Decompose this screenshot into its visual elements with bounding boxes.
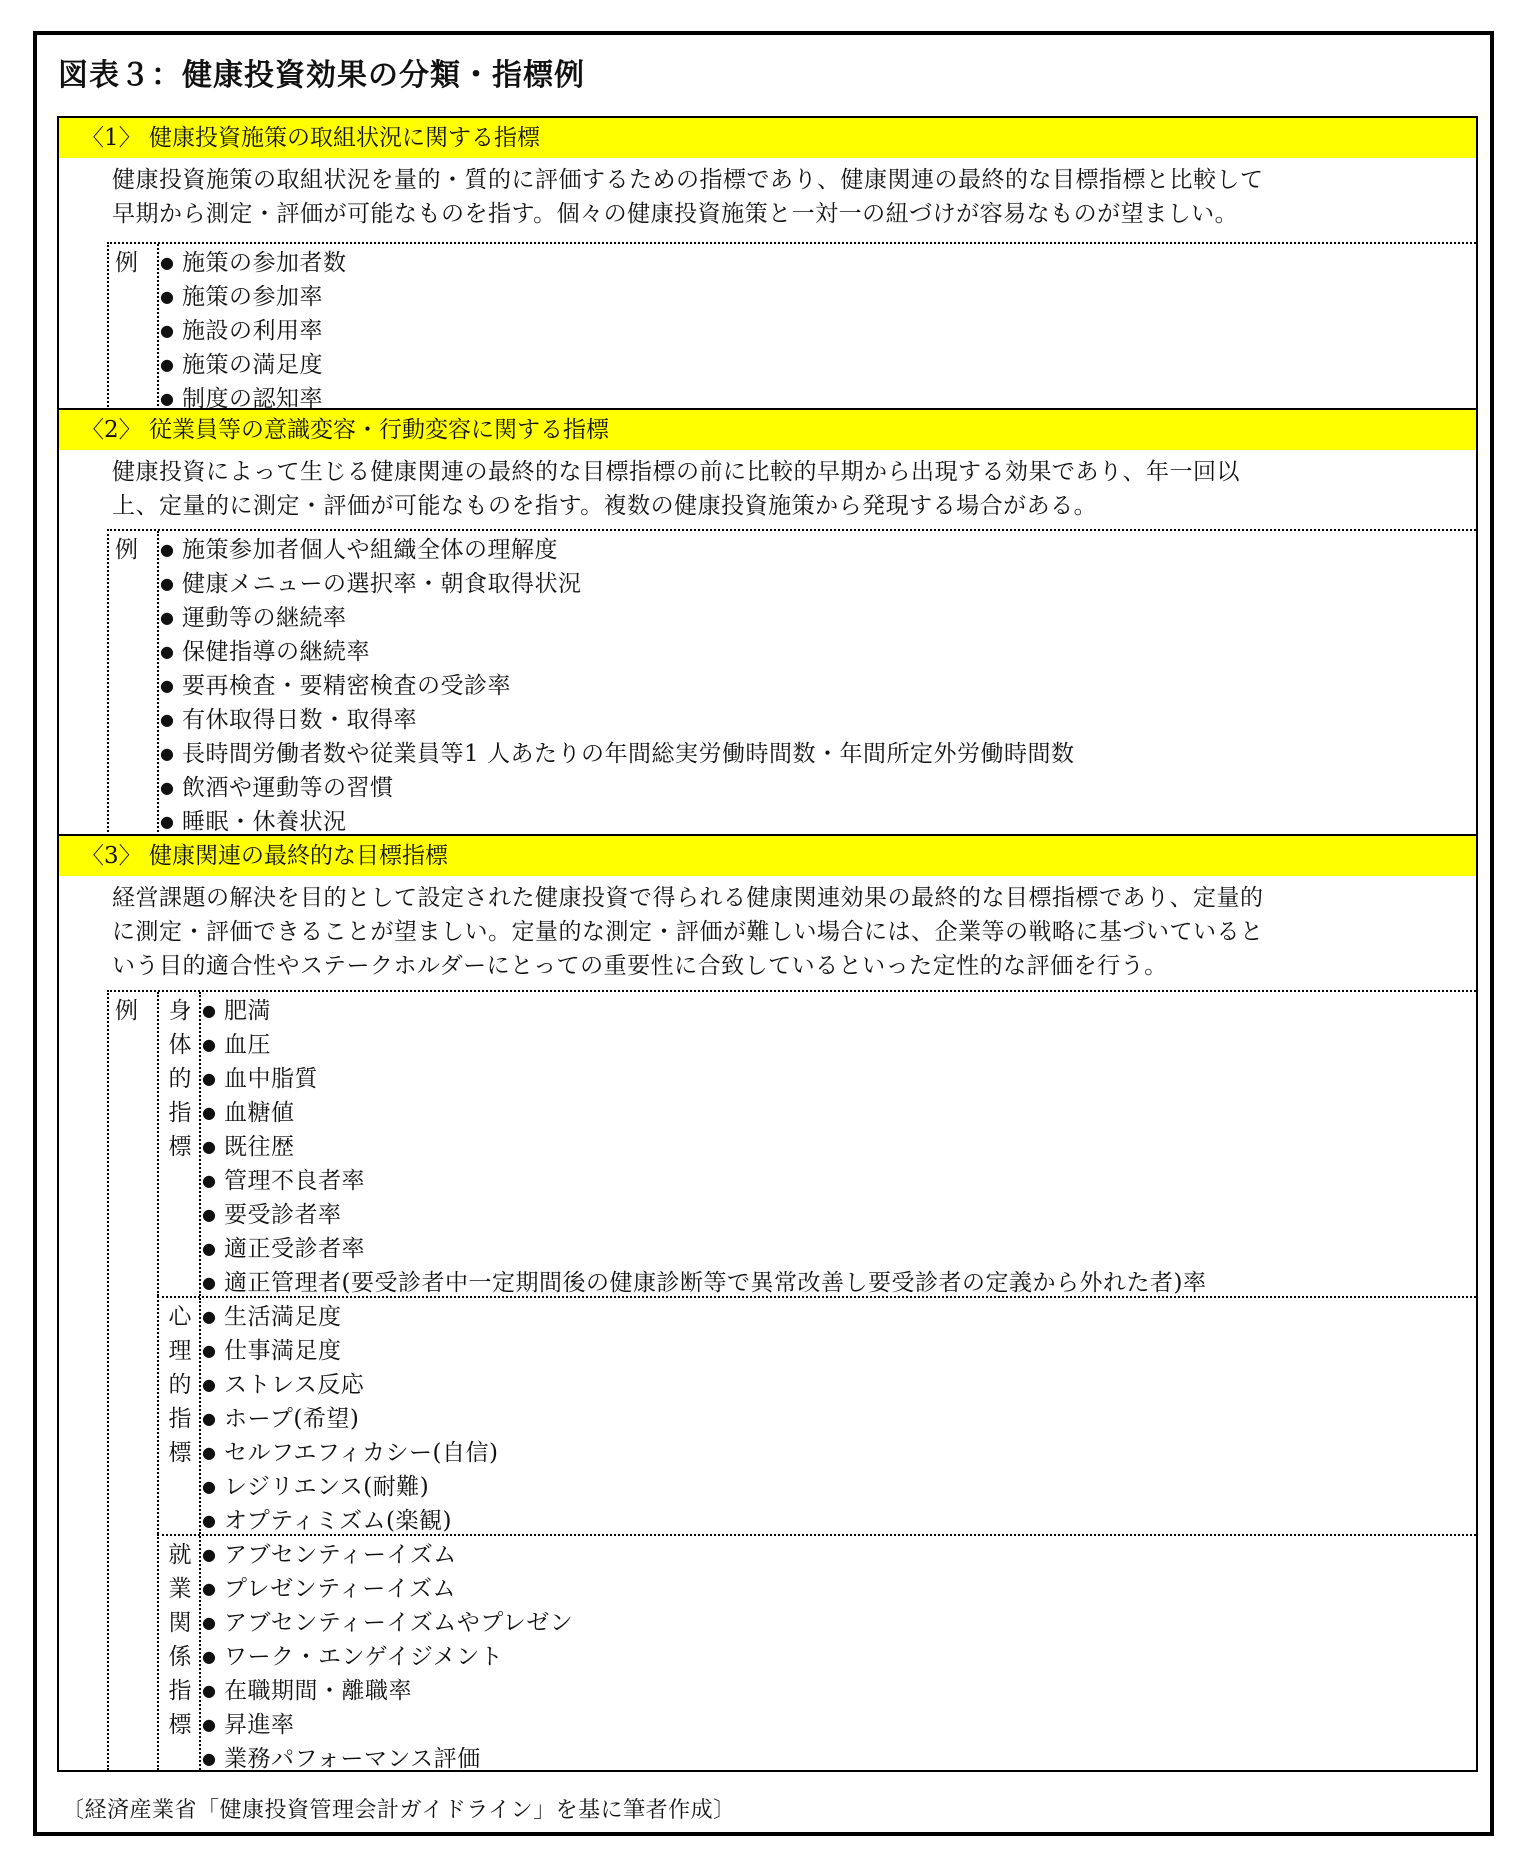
bullet-icon: ● xyxy=(201,1674,224,1708)
section-1-description: 健康投資施策の取組状況を量的・質的に評価するための指標であり、健康関連の最終的な… xyxy=(112,163,1468,231)
list-item: ●仕事満足度 xyxy=(201,1334,498,1368)
list-item: ●適正受診者率 xyxy=(201,1232,1206,1266)
description-line: 早期から測定・評価が可能なものを指す。個々の健康投資施策と一対一の紐づけが容易な… xyxy=(112,197,1468,231)
bullet-icon: ● xyxy=(201,994,224,1028)
example-list: ●施策参加者個人や組織全体の理解度 ●健康メニューの選択率・朝食取得状況 ●運動… xyxy=(157,531,1074,836)
group-employment-indicators: 就業関係指標 ●アブセンティーイズム ●プレゼンティーイズム ●アブセンティーイ… xyxy=(157,1534,1476,1770)
list-item: ●施策の満足度 xyxy=(159,348,347,382)
bullet-icon: ● xyxy=(201,1640,224,1674)
bullet-icon: ● xyxy=(201,1334,224,1368)
list-item: ●血糖値 xyxy=(201,1096,1206,1130)
group-list: ●生活満足度 ●仕事満足度 ●ストレス反応 ●ホープ(希望) ●セルフエフィカシ… xyxy=(199,1298,498,1534)
section-1-examples: 例 ●施策の参加者数 ●施策の参加率 ●施設の利用率 ●施策の満足度 ●制度の認… xyxy=(107,242,1476,410)
bullet-icon: ● xyxy=(201,1368,224,1402)
list-item: ●オプティミズム(楽観) xyxy=(201,1504,498,1538)
list-item: ●管理不良者率 xyxy=(201,1164,1206,1198)
bullet-icon: ● xyxy=(159,669,182,703)
bullet-icon: ● xyxy=(201,1266,224,1300)
list-item: ●業務パフォーマンス評価 xyxy=(201,1742,573,1776)
list-item: ●ホープ(希望) xyxy=(201,1402,498,1436)
section-1-heading: 〈1〉 健康投資施策の取組状況に関する指標 xyxy=(59,118,1476,158)
bullet-icon: ● xyxy=(201,1470,224,1504)
list-item: ●ワーク・エンゲイジメント xyxy=(201,1640,573,1674)
bullet-icon: ● xyxy=(201,1130,224,1164)
source-note: 〔経済産業省「健康投資管理会計ガイドライン」を基に筆者作成〕 xyxy=(62,1793,736,1824)
section-3-heading: 〈3〉 健康関連の最終的な目標指標 xyxy=(59,834,1476,876)
bullet-icon: ● xyxy=(201,1164,224,1198)
bullet-icon: ● xyxy=(201,1028,224,1062)
bullet-icon: ● xyxy=(159,737,182,771)
group-list: ●肥満 ●血圧 ●血中脂質 ●血糖値 ●既往歴 ●管理不良者率 ●要受診者率 ●… xyxy=(199,992,1206,1296)
example-label: 例 xyxy=(115,246,138,280)
list-item: ●肥満 xyxy=(201,994,1206,1028)
list-item: ●長時間労働者数や従業員等1 人あたりの年間総実労働時間数・年間所定外労働時間数 xyxy=(159,737,1074,771)
bullet-icon: ● xyxy=(159,703,182,737)
list-item: ●施設の利用率 xyxy=(159,314,347,348)
section-2-examples: 例 ●施策参加者個人や組織全体の理解度 ●健康メニューの選択率・朝食取得状況 ●… xyxy=(107,529,1476,836)
bullet-icon: ● xyxy=(159,771,182,805)
description-line: 上、定量的に測定・評価が可能なものを指す。複数の健康投資施策から発現する場合があ… xyxy=(112,489,1468,523)
group-list: ●アブセンティーイズム ●プレゼンティーイズム ●アブセンティーイズムやプレゼン… xyxy=(199,1536,573,1770)
list-item: ●有休取得日数・取得率 xyxy=(159,703,1074,737)
list-item: ●要再検査・要精密検査の受診率 xyxy=(159,669,1074,703)
list-item: ●施策参加者個人や組織全体の理解度 xyxy=(159,533,1074,567)
list-item: ●保健指導の継続率 xyxy=(159,635,1074,669)
indicator-table: 〈1〉 健康投資施策の取組状況に関する指標 健康投資施策の取組状況を量的・質的に… xyxy=(57,116,1478,1772)
bullet-icon: ● xyxy=(201,1062,224,1096)
bullet-icon: ● xyxy=(201,1606,224,1640)
list-item: ●セルフエフィカシー(自信) xyxy=(201,1436,498,1470)
bullet-icon: ● xyxy=(159,533,182,567)
example-list: ●施策の参加者数 ●施策の参加率 ●施設の利用率 ●施策の満足度 ●制度の認知率 xyxy=(157,244,347,410)
bullet-icon: ● xyxy=(159,246,182,280)
bullet-icon: ● xyxy=(159,601,182,635)
list-item: ●飲酒や運動等の習慣 xyxy=(159,771,1074,805)
list-item: ●アブセンティーイズム xyxy=(201,1538,573,1572)
bullet-icon: ● xyxy=(201,1300,224,1334)
example-label: 例 xyxy=(115,533,138,567)
bullet-icon: ● xyxy=(201,1742,224,1776)
bullet-icon: ● xyxy=(159,314,182,348)
list-item: ●昇進率 xyxy=(201,1708,573,1742)
section-2-heading: 〈2〉 従業員等の意識変容・行動変容に関する指標 xyxy=(59,408,1476,450)
list-item: ●プレゼンティーイズム xyxy=(201,1572,573,1606)
section-2-description: 健康投資によって生じる健康関連の最終的な目標指標の前に比較的早期から出現する効果… xyxy=(112,455,1468,523)
example-label: 例 xyxy=(115,994,138,1028)
list-item: ●血中脂質 xyxy=(201,1062,1206,1096)
list-item: ●施策の参加率 xyxy=(159,280,347,314)
list-item: ●血圧 xyxy=(201,1028,1206,1062)
bullet-icon: ● xyxy=(159,567,182,601)
bullet-icon: ● xyxy=(201,1402,224,1436)
list-item: ●健康メニューの選択率・朝食取得状況 xyxy=(159,567,1074,601)
bullet-icon: ● xyxy=(201,1436,224,1470)
description-line: 経営課題の解決を目的として設定された健康投資で得られる健康関連効果の最終的な目標… xyxy=(112,881,1468,915)
description-line: 健康投資によって生じる健康関連の最終的な目標指標の前に比較的早期から出現する効果… xyxy=(112,455,1468,489)
list-item: ●生活満足度 xyxy=(201,1300,498,1334)
group-label: 身体的指標 xyxy=(163,994,197,1164)
bullet-icon: ● xyxy=(201,1708,224,1742)
list-item: ●在職期間・離職率 xyxy=(201,1674,573,1708)
bullet-icon: ● xyxy=(201,1538,224,1572)
bullet-icon: ● xyxy=(201,1504,224,1538)
description-line: いう目的適合性やステークホルダーにとっての重要性に合致しているといった定性的な評… xyxy=(112,949,1468,983)
list-item: ●既往歴 xyxy=(201,1130,1206,1164)
list-item: ●施策の参加者数 xyxy=(159,246,347,280)
bullet-icon: ● xyxy=(201,1232,224,1266)
list-item: ●アブセンティーイズムやプレゼン xyxy=(201,1606,573,1640)
section-3-description: 経営課題の解決を目的として設定された健康投資で得られる健康関連効果の最終的な目標… xyxy=(112,881,1468,983)
list-item: ●ストレス反応 xyxy=(201,1368,498,1402)
bullet-icon: ● xyxy=(159,348,182,382)
bullet-icon: ● xyxy=(201,1572,224,1606)
bullet-icon: ● xyxy=(159,635,182,669)
list-item: ●運動等の継続率 xyxy=(159,601,1074,635)
group-physical-indicators: 身体的指標 ●肥満 ●血圧 ●血中脂質 ●血糖値 ●既往歴 ●管理不良者率 ●要… xyxy=(157,992,1476,1296)
group-label: 心理的指標 xyxy=(163,1300,197,1470)
group-label: 就業関係指標 xyxy=(163,1538,197,1742)
section-3-examples: 例 身体的指標 ●肥満 ●血圧 ●血中脂質 ●血糖値 ●既往歴 ●管理不良者率 … xyxy=(107,990,1476,1770)
list-item: ●レジリエンス(耐難) xyxy=(201,1470,498,1504)
bullet-icon: ● xyxy=(159,280,182,314)
group-psychological-indicators: 心理的指標 ●生活満足度 ●仕事満足度 ●ストレス反応 ●ホープ(希望) ●セル… xyxy=(157,1296,1476,1534)
figure-title: 図表３：健康投資効果の分類・指標例 xyxy=(58,50,585,94)
description-line: に測定・評価できることが望ましい。定量的な測定・評価が難しい場合には、企業等の戦… xyxy=(112,915,1468,949)
bullet-icon: ● xyxy=(201,1198,224,1232)
list-item: ●適正管理者(要受診者中一定期間後の健康診断等で異常改善し要受診者の定義から外れ… xyxy=(201,1266,1206,1300)
list-item: ●要受診者率 xyxy=(201,1198,1206,1232)
description-line: 健康投資施策の取組状況を量的・質的に評価するための指標であり、健康関連の最終的な… xyxy=(112,163,1468,197)
bullet-icon: ● xyxy=(201,1096,224,1130)
